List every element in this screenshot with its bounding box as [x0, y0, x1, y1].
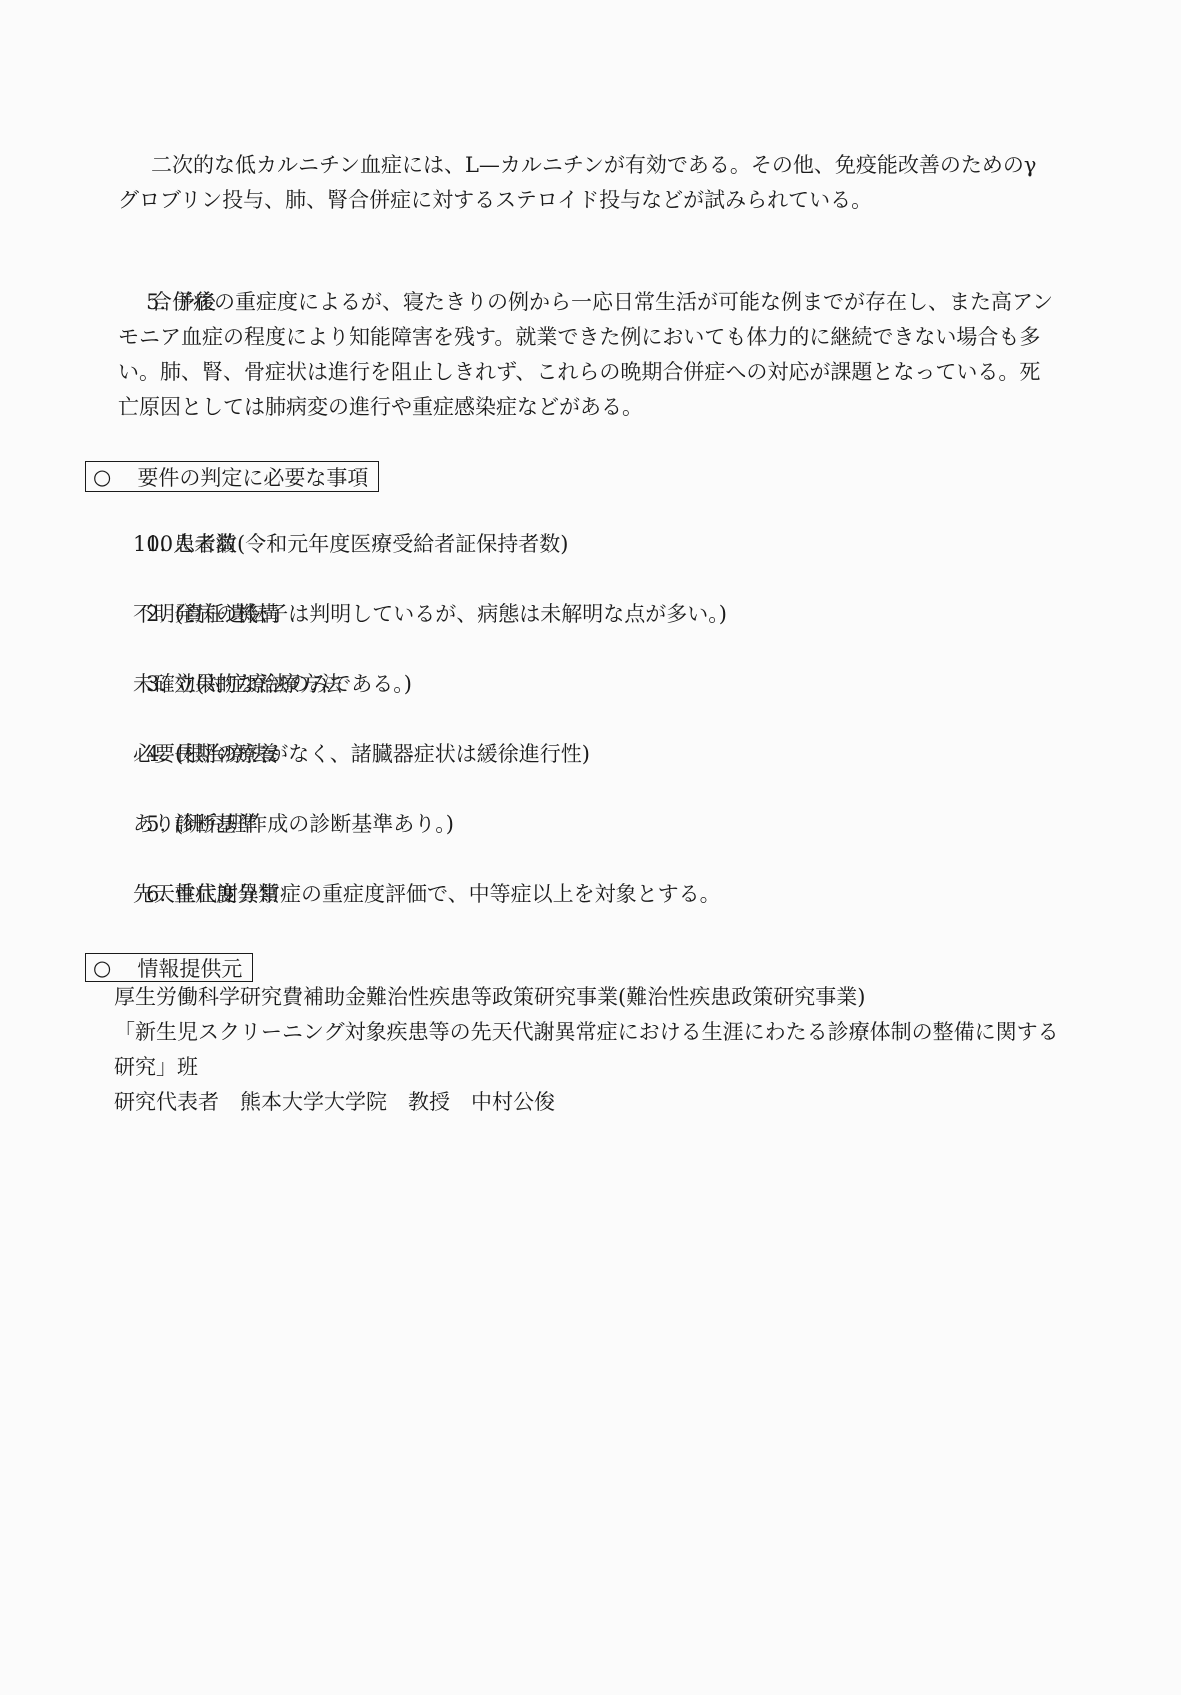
requirements-heading: 要件の判定に必要な事項	[137, 462, 368, 492]
list-item: 1.患者数(令和元年度医療受給者証保持者数)	[106, 492, 727, 527]
source-heading-box: ○情報提供元	[85, 953, 253, 982]
document-page: 二次的な低カルニチン血症には、L—カルニチンが有効である。その他、免疫能改善のた…	[0, 0, 1181, 1695]
source-line: 研究代表者 熊本大学大学院 教授 中村公俊	[114, 1085, 1059, 1120]
source-heading: 情報提供元	[137, 953, 242, 983]
paragraph-line: い。肺、腎、骨症状は進行を阻止しきれず、これらの晩期合併症への対応が課題となって…	[118, 355, 1053, 390]
paragraph-line: グロブリン投与、肺、腎合併症に対するステロイド投与などが試みられている。	[118, 183, 1036, 218]
source-line: 厚生労働科学研究費補助金難治性疾患等政策研究事業(難治性疾患政策研究事業)	[114, 980, 1059, 1015]
source-line: 研究」班	[114, 1050, 1059, 1085]
item-answer: あり(研究班作成の診断基準あり。)	[133, 807, 727, 842]
list-item: 6.重症度分類	[106, 842, 727, 877]
paragraph-line: モニア血症の程度により知能障害を残す。就業できた例においても体力的に継続できない…	[118, 320, 1053, 355]
item-answer: 不明(責任遺伝子は判明しているが、病態は未解明な点が多い。)	[133, 597, 727, 632]
item-answer: 未確立(対症療法のみである。)	[133, 667, 727, 702]
paragraph-line: 二次的な低カルニチン血症には、L—カルニチンが有効である。その他、免疫能改善のた…	[118, 148, 1036, 183]
item-answer: 必要(根治療法がなく、諸臓器症状は緩徐進行性)	[133, 737, 727, 772]
circle-marker-icon: ○	[93, 465, 111, 489]
list-item: 5.診断基準	[106, 772, 727, 807]
requirements-heading-box: ○要件の判定に必要な事項	[85, 461, 379, 492]
list-item: 4.長期の療養	[106, 702, 727, 737]
source-section: 厚生労働科学研究費補助金難治性疾患等政策研究事業(難治性疾患政策研究事業) 「新…	[114, 980, 1059, 1120]
paragraph-line: 合併症の重症度によるが、寝たきりの例から一応日常生活が可能な例までが存在し、また…	[118, 285, 1053, 320]
treatment-paragraph: 二次的な低カルニチン血症には、L—カルニチンが有効である。その他、免疫能改善のた…	[118, 148, 1036, 218]
list-item: 2.発病の機構	[106, 562, 727, 597]
prognosis-section: 5.予後 合併症の重症度によるが、寝たきりの例から一応日常生活が可能な例までが存…	[106, 250, 1053, 425]
requirements-list: 1.患者数(令和元年度医療受給者証保持者数) 100人未満 2.発病の機構 不明…	[106, 492, 727, 912]
section-heading: 5.予後	[106, 250, 1053, 285]
list-item: 3.効果的な治療方法	[106, 632, 727, 667]
paragraph-line: 亡原因としては肺病変の進行や重症感染症などがある。	[118, 390, 1053, 425]
item-answer: 先天性代謝異常症の重症度評価で、中等症以上を対象とする。	[133, 877, 727, 912]
circle-marker-icon: ○	[93, 956, 111, 980]
source-line: 「新生児スクリーニング対象疾患等の先天代謝異常症における生涯にわたる診療体制の整…	[114, 1015, 1059, 1050]
